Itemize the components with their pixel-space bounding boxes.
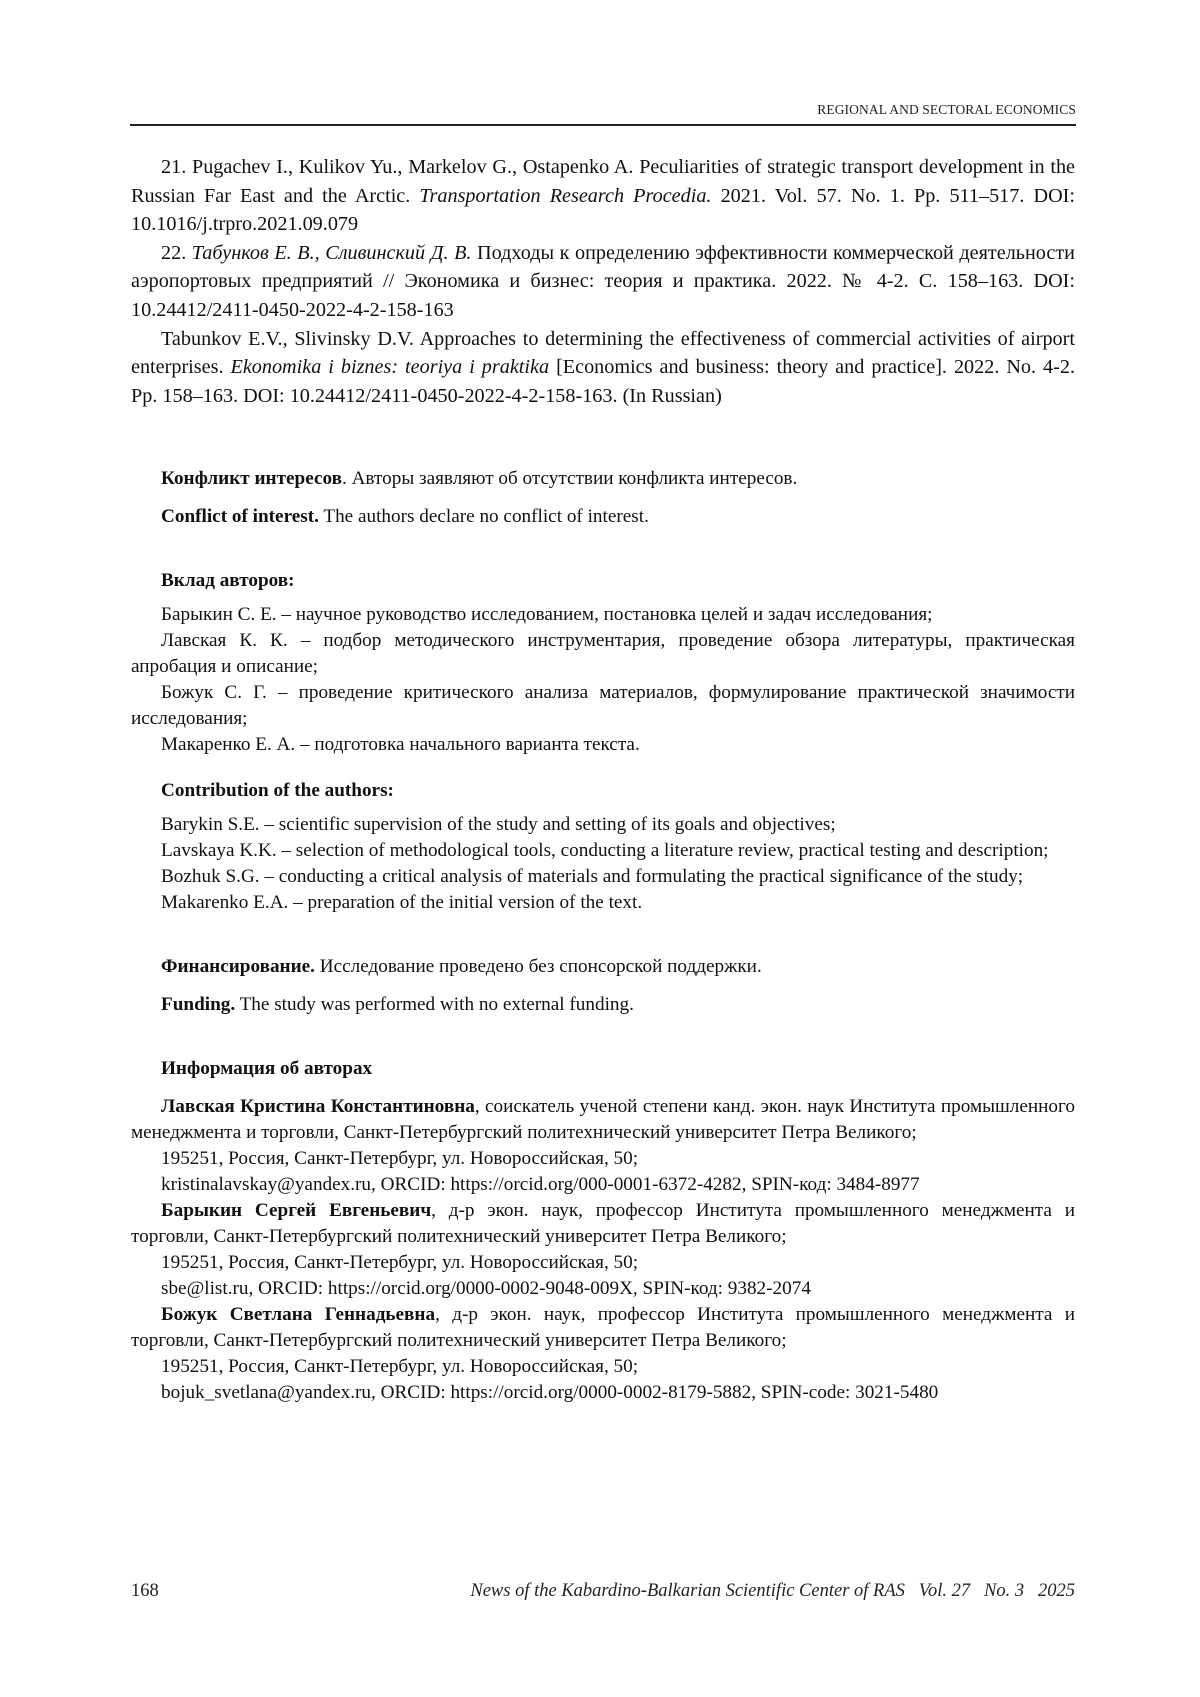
journal-citation: News of the Kabardino-Balkarian Scientif… [470,1581,1075,1602]
funding-ru-label: Финансирование. [161,956,315,977]
reference-21: 21. Pugachev I., Kulikov Yu., Markelov G… [131,153,1075,239]
authors-info-section: Информация об авторах Лавская Кристина К… [131,1056,1075,1406]
author-contacts: sbe@list.ru, ORCID: https://orcid.org/00… [131,1276,1075,1302]
reference-22: 22. Табунков Е. В., Сливинский Д. В. Под… [131,239,1075,325]
ref-number: 22. [161,242,186,264]
running-title: REGIONAL AND SECTORAL ECONOMICS [817,102,1076,118]
author-address: 195251, Россия, Санкт-Петербург, ул. Нов… [131,1146,1075,1172]
contribution-item: Bozhuk S.G. – conducting a critical anal… [131,864,1075,890]
conflict-en: Conflict of interest. The authors declar… [131,504,1075,530]
ref-authors: Табунков Е. В., Сливинский Д. В. [192,242,472,264]
contribution-ru-section: Вклад авторов: Барыкин С. Е. – научное р… [131,568,1075,758]
contribution-item: Барыкин С. Е. – научное руководство иссл… [131,602,1075,628]
author-entry: Барыкин Сергей Евгеньевич, д-р экон. нау… [131,1198,1075,1250]
author-address: 195251, Россия, Санкт-Петербург, ул. Нов… [131,1354,1075,1380]
contribution-item: Божук С. Г. – проведение критического ан… [131,680,1075,732]
contribution-item: Lavskaya K.K. – selection of methodologi… [131,838,1075,864]
author-address: 195251, Россия, Санкт-Петербург, ул. Нов… [131,1250,1075,1276]
author-name: Божук Светлана Геннадьевна [161,1304,435,1325]
funding-section: Финансирование. Исследование проведено б… [131,954,1075,1018]
conflict-section: Конфликт интересов. Авторы заявляют об о… [131,466,1075,530]
contribution-item: Makarenko E.A. – preparation of the init… [131,890,1075,916]
reference-22-translation: Tabunkov E.V., Slivinsky D.V. Approaches… [131,325,1075,411]
authors-info-heading: Информация об авторах [131,1056,1075,1082]
conflict-ru: Конфликт интересов. Авторы заявляют об о… [131,466,1075,492]
funding-en-label: Funding. [161,994,235,1015]
author-name: Лавская Кристина Константиновна [161,1096,475,1117]
ref-authors: Pugachev I., Kulikov Yu., Markelov G., O… [192,156,633,178]
contribution-item: Макаренко Е. А. – подготовка начального … [131,732,1075,758]
contribution-ru-heading: Вклад авторов: [131,568,1075,594]
author-contacts: bojuk_svetlana@yandex.ru, ORCID: https:/… [131,1380,1075,1406]
conflict-en-label: Conflict of interest. [161,506,319,527]
contribution-item: Лавская К. К. – подбор методического инс… [131,628,1075,680]
author-entry: Лавская Кристина Константиновна, соискат… [131,1094,1075,1146]
ref-number: 21. [161,156,186,178]
page-content: 21. Pugachev I., Kulikov Yu., Markelov G… [131,153,1075,1406]
author-name: Барыкин Сергей Евгеньевич [161,1200,431,1221]
conflict-ru-label: Конфликт интересов [161,468,342,489]
contribution-en-section: Contribution of the authors: Barykin S.E… [131,778,1075,916]
author-entry: Божук Светлана Геннадьевна, д-р экон. на… [131,1302,1075,1354]
ref-journal: Transportation Research Procedia. [419,185,711,207]
contribution-en-heading: Contribution of the authors: [131,778,1075,804]
document-page: REGIONAL AND SECTORAL ECONOMICS 21. Puga… [0,0,1200,1697]
funding-ru: Финансирование. Исследование проведено б… [131,954,1075,980]
author-contacts: kristinalavskay@yandex.ru, ORCID: https:… [131,1172,1075,1198]
funding-en: Funding. The study was performed with no… [131,992,1075,1018]
page-number: 168 [131,1581,159,1602]
contribution-item: Barykin S.E. – scientific supervision of… [131,812,1075,838]
header-rule [130,124,1076,126]
ref-translation-journal: Ekonomika i biznes: teoriya i praktika [230,356,549,378]
